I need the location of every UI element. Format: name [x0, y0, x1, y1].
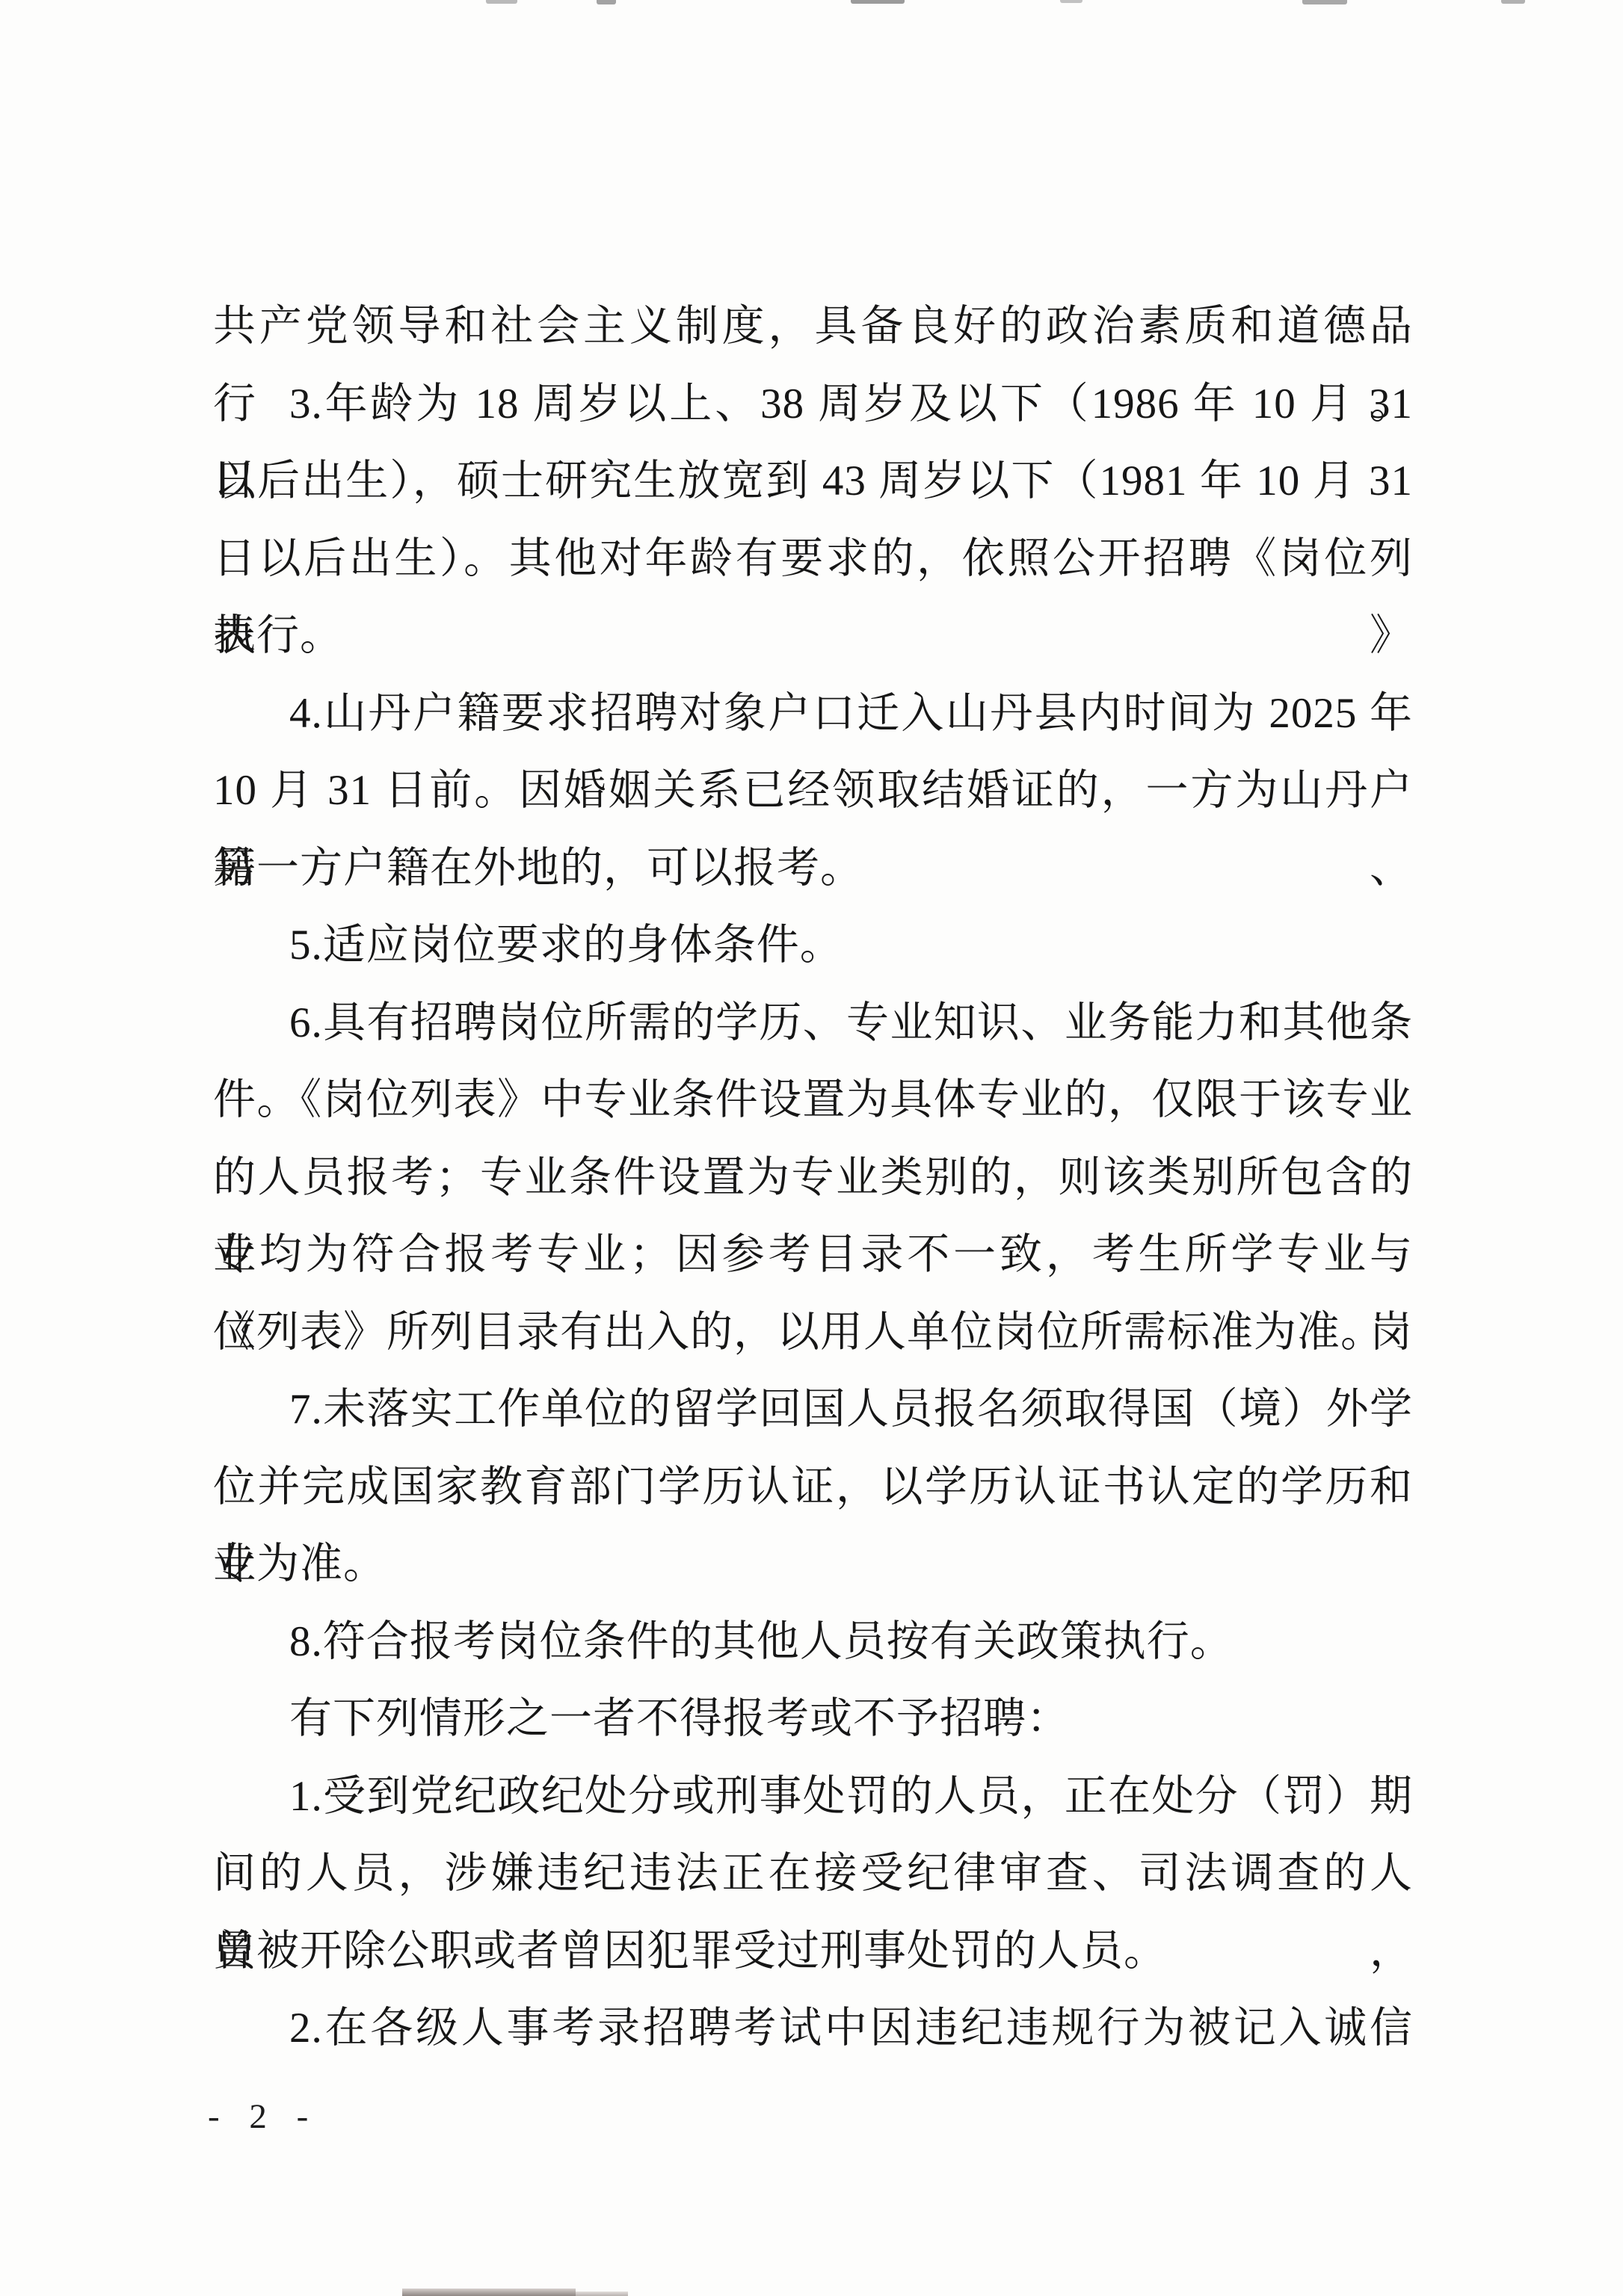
- paragraph-item-8: 8.符合报考岗位条件的其他人员按有关政策执行。: [213, 1603, 1413, 1681]
- scan-smudge-icon: [597, 0, 616, 4]
- paragraph-intro-disqualify: 有下列情形之一者不得报考或不予招聘：: [213, 1680, 1413, 1758]
- text-line: 共产党领导和社会主义制度，具备良好的政治素质和道德品行。: [213, 288, 1413, 365]
- paragraph-item-5: 5.适应岗位要求的身体条件。: [213, 907, 1413, 984]
- paragraph-disqualify-1: 1.受到党纪政纪处分或刑事处罚的人员，正在处分（罚）期 间的人员，涉嫌违纪违法正…: [213, 1758, 1413, 1990]
- text-line: 7.未落实工作单位的留学回国人员报名须取得国（境）外学: [213, 1371, 1413, 1448]
- text-line: 2.在各级人事考录招聘考试中因违纪违规行为被记入诚信: [213, 1990, 1413, 2067]
- text-line: 1.受到党纪政纪处分或刑事处罚的人员，正在处分（罚）期: [213, 1758, 1413, 1836]
- scan-toner-bar: [402, 2289, 576, 2296]
- text-line: 3.年龄为 18 周岁以上、38 周岁及以下（1986 年 10 月 31 日: [213, 365, 1413, 443]
- scan-smudge-icon: [1501, 0, 1525, 4]
- paragraph-item-4: 4.山丹户籍要求招聘对象户口迁入山丹县内时间为 2025 年 10 月 31 日…: [213, 675, 1413, 907]
- text-line: 8.符合报考岗位条件的其他人员按有关政策执行。: [213, 1603, 1413, 1681]
- paragraph-item-6: 6.具有招聘岗位所需的学历、专业知识、业务能力和其他条 件。《岗位列表》中专业条…: [213, 984, 1413, 1371]
- scanned-document-page: 共产党领导和社会主义制度，具备良好的政治素质和道德品行。 3.年龄为 18 周岁…: [0, 0, 1623, 2296]
- text-line: 业均为符合报考专业；因参考目录不一致，考生所学专业与《岗: [213, 1216, 1413, 1294]
- text-line: 件。《岗位列表》中专业条件设置为具体专业的，仅限于该专业: [213, 1061, 1413, 1139]
- text-line: 10 月 31 日前。因婚姻关系已经领取结婚证的，一方为山丹户籍、: [213, 752, 1413, 830]
- text-line: 日以后出生）。其他对年龄有要求的，依照公开招聘《岗位列表》: [213, 520, 1413, 598]
- text-line: 的人员报考；专业条件设置为专业类别的，则该类别所包含的专: [213, 1139, 1413, 1217]
- paragraph-disqualify-2: 2.在各级人事考录招聘考试中因违纪违规行为被记入诚信: [213, 1990, 1413, 2067]
- paragraph-continuation: 共产党领导和社会主义制度，具备良好的政治素质和道德品行。: [213, 288, 1413, 365]
- text-line: 有下列情形之一者不得报考或不予招聘：: [213, 1680, 1413, 1758]
- text-line: 5.适应岗位要求的身体条件。: [213, 907, 1413, 984]
- text-line: 位列表》所列目录有出入的，以用人单位岗位所需标准为准。: [213, 1294, 1413, 1371]
- text-line: 位并完成国家教育部门学历认证，以学历认证书认定的学历和专: [213, 1448, 1413, 1526]
- text-line: 4.山丹户籍要求招聘对象户口迁入山丹县内时间为 2025 年: [213, 675, 1413, 753]
- text-line: 间的人员，涉嫌违纪违法正在接受纪律审查、司法调查的人员，: [213, 1835, 1413, 1913]
- scan-toner-bar-tail: [576, 2292, 628, 2296]
- scan-smudge-icon: [486, 0, 517, 4]
- text-line: 6.具有招聘岗位所需的学历、专业知识、业务能力和其他条: [213, 984, 1413, 1062]
- paragraph-item-7: 7.未落实工作单位的留学回国人员报名须取得国（境）外学 位并完成国家教育部门学历…: [213, 1371, 1413, 1603]
- scan-smudge-icon: [1302, 0, 1347, 4]
- document-body: 共产党领导和社会主义制度，具备良好的政治素质和道德品行。 3.年龄为 18 周岁…: [213, 288, 1413, 2067]
- scan-smudge-icon: [1060, 0, 1082, 3]
- text-line: 业为准。: [213, 1525, 1413, 1603]
- paragraph-item-3: 3.年龄为 18 周岁以上、38 周岁及以下（1986 年 10 月 31 日 …: [213, 365, 1413, 675]
- text-line: 以后出生），硕士研究生放宽到 43 周岁以下（1981 年 10 月 31: [213, 442, 1413, 520]
- scan-smudge-icon: [851, 0, 905, 4]
- page-number: - 2 -: [208, 2094, 318, 2139]
